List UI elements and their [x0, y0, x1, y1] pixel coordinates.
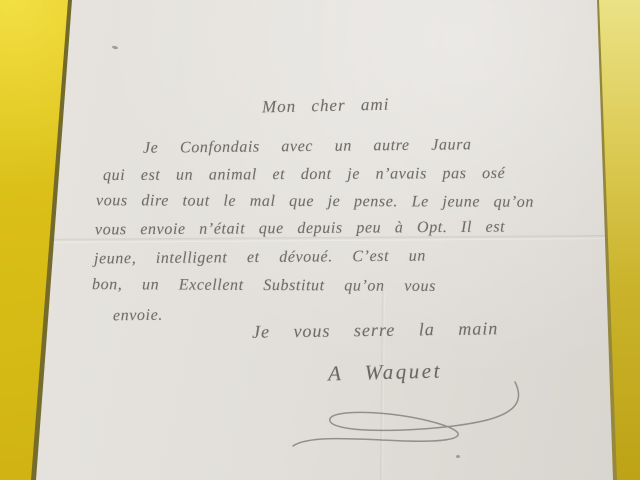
letter-body-line-7: envoie. — [113, 307, 163, 326]
letter-closing: Je vous serre la main — [252, 318, 499, 342]
letter-paper: Mon cher ami Je Confondais avec un autre… — [0, 0, 640, 480]
letter-body-line-2: qui est un animal et dont je n’avais pas… — [103, 165, 505, 185]
letter-body-line-5: jeune, intelligent et dévoué. C’est un — [94, 248, 426, 269]
letter-body-line-3: vous dire tout le mal que je pense. Le j… — [96, 192, 534, 212]
paper-speck — [112, 45, 119, 49]
letter-body-line-4: vous envoie n’était que depuis peu à Opt… — [95, 219, 505, 240]
paper-speck — [456, 455, 460, 458]
letter-body-line-6: bon, un Excellent Substitut qu’on vous — [92, 276, 436, 296]
letter-body-line-1: Je Confondais avec un autre Jaura — [143, 136, 472, 157]
photo-background: Mon cher ami Je Confondais avec un autre… — [0, 0, 640, 480]
letter-salutation: Mon cher ami — [262, 95, 390, 118]
signature-flourish-icon — [293, 382, 528, 450]
